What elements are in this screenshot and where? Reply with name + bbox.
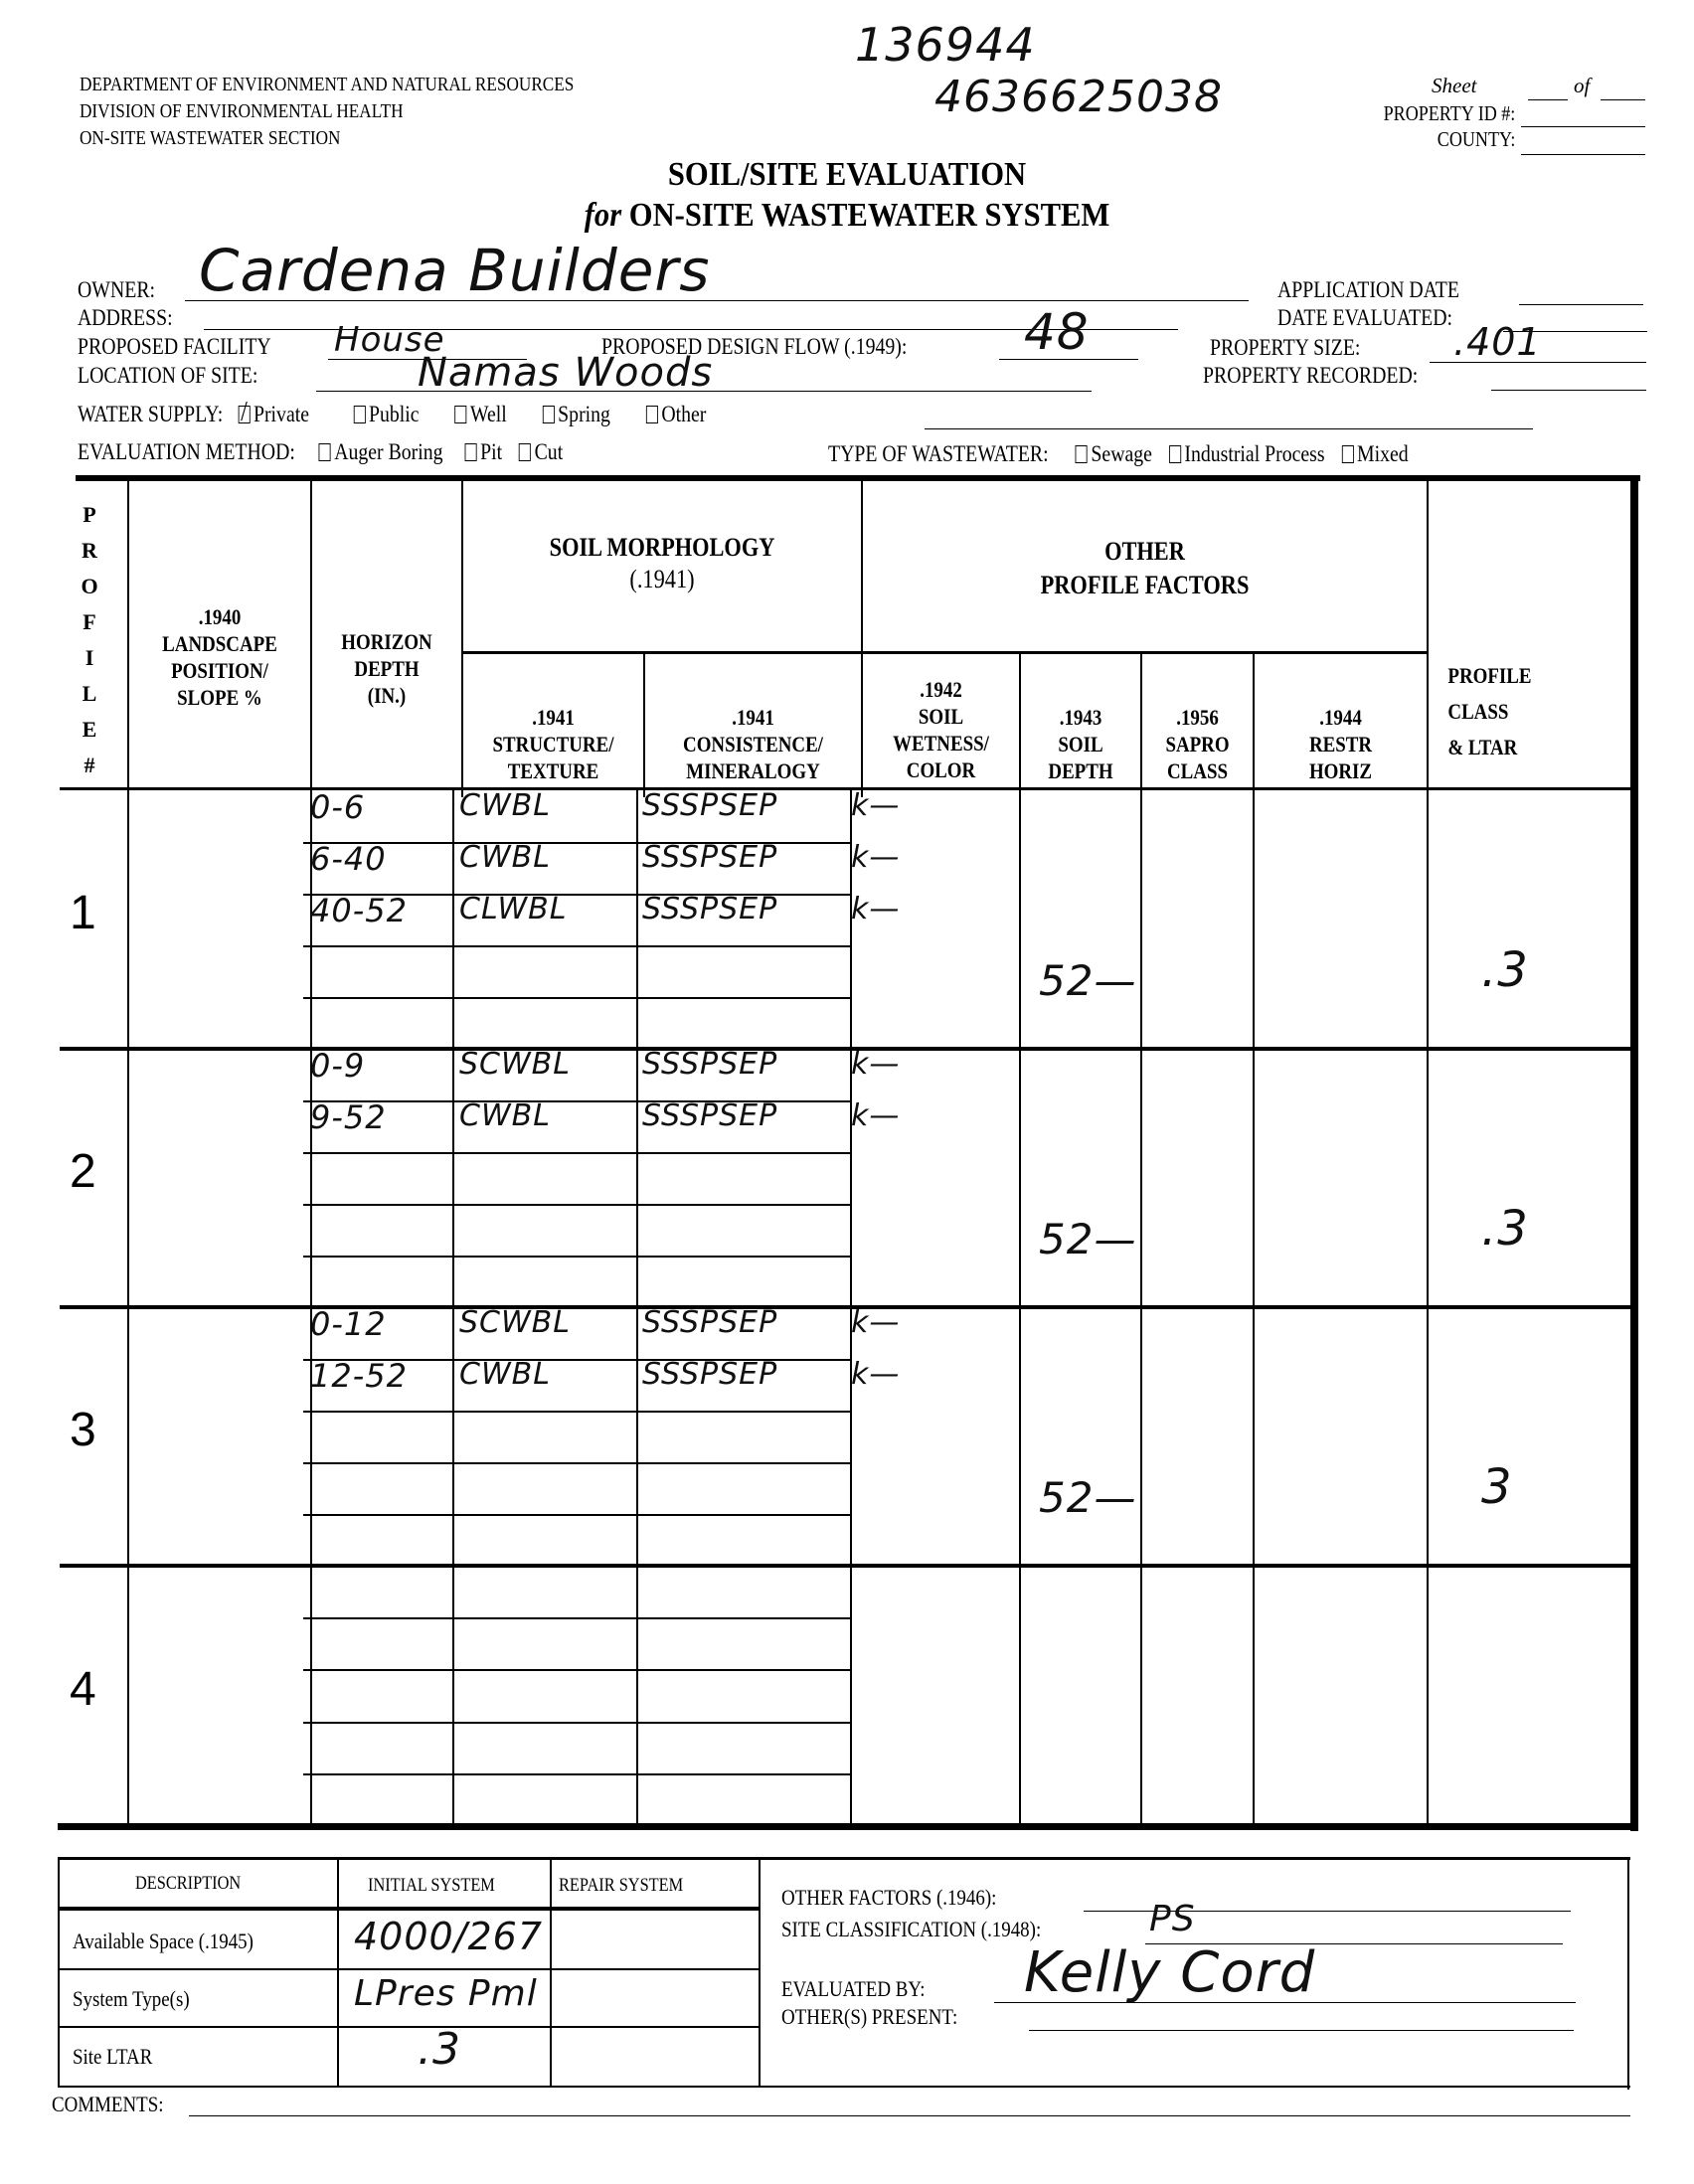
system-type-label: System Type(s) <box>73 1986 190 2012</box>
checkbox[interactable] <box>543 406 555 423</box>
system-type-initial-field[interactable]: LPres Pml <box>354 1973 538 2014</box>
checkbox[interactable] <box>354 406 366 423</box>
structure-cell[interactable]: SCWBL <box>459 1305 571 1340</box>
other-factors-label: OTHER FACTORS (.1946): <box>781 1885 996 1911</box>
checkbox[interactable] <box>1169 445 1181 463</box>
wetness-cell[interactable]: k— <box>851 1047 900 1082</box>
agency-line: DIVISION OF ENVIRONMENTAL HEALTH <box>80 98 574 125</box>
profile-number: 4 <box>70 1662 96 1717</box>
col-line <box>1253 651 1255 1824</box>
wastewater-type-row: TYPE OF WASTEWATER: Sewage Industrial Pr… <box>828 441 1409 467</box>
county-field[interactable] <box>1521 154 1645 155</box>
method-cut-option[interactable]: Cut <box>519 439 563 464</box>
available-space-initial-field[interactable]: 4000/267 <box>354 1915 543 1958</box>
consistence-cell[interactable]: SSSPSEP <box>642 1047 777 1082</box>
horizon-depth-cell[interactable]: 9-52 <box>310 1098 387 1136</box>
col-line <box>861 479 863 797</box>
profile-class-cell[interactable]: .3 <box>1481 1201 1529 1257</box>
soil-depth-cell[interactable]: 52— <box>1039 1215 1136 1263</box>
wastewater-industrial-option[interactable]: Industrial Process <box>1169 441 1325 466</box>
structure-cell[interactable]: CLWBL <box>459 892 567 926</box>
soil-depth-header: .1943SOILDEPTH <box>1029 704 1131 784</box>
date-evaluated-label: DATE EVALUATED: <box>1277 305 1452 331</box>
property-id-field[interactable] <box>1521 126 1645 127</box>
summary-header-repair: REPAIR SYSTEM <box>559 1875 683 1897</box>
structure-cell[interactable]: CWBL <box>459 1357 551 1392</box>
wetness-cell[interactable]: k— <box>851 840 900 875</box>
horizon-depth-cell[interactable]: 12-52 <box>310 1357 408 1395</box>
horizon-depth-cell[interactable]: 0-9 <box>310 1047 365 1085</box>
summary-header-initial: INITIAL SYSTEM <box>368 1875 495 1897</box>
water-other-field[interactable] <box>925 428 1533 429</box>
for-word: for <box>585 197 621 234</box>
water-private-option[interactable]: /Private <box>238 402 309 426</box>
property-recorded-label: PROPERTY RECORDED: <box>1203 363 1418 389</box>
evaluation-method-label: EVALUATION METHOD: <box>78 439 295 464</box>
header-bottom-border <box>60 787 1635 790</box>
wetness-cell[interactable]: k— <box>851 892 900 926</box>
site-ltar-label: Site LTAR <box>73 2044 152 2070</box>
agency-line: DEPARTMENT OF ENVIRONMENT AND NATURAL RE… <box>80 72 574 98</box>
landscape-header: .1940LANDSCAPEPOSITION/SLOPE % <box>142 603 298 711</box>
subheader-divider <box>461 651 1428 654</box>
structure-texture-header: .1941STRUCTURE/TEXTURE <box>476 704 631 784</box>
evaluation-method-row: EVALUATION METHOD: Auger Boring Pit Cut <box>78 439 563 465</box>
property-recorded-field[interactable] <box>1491 390 1646 391</box>
col-line <box>127 479 129 1826</box>
method-pit-option[interactable]: Pit <box>465 439 502 464</box>
wetness-cell[interactable]: k— <box>851 788 900 823</box>
profile-class-cell[interactable]: .3 <box>1481 942 1529 998</box>
location-label: LOCATION OF SITE: <box>78 363 257 389</box>
soil-depth-cell[interactable]: 52— <box>1039 1473 1136 1522</box>
subtitle-text: ON-SITE WASTEWATER SYSTEM <box>629 197 1110 234</box>
table-bottom-border <box>58 1823 1638 1830</box>
col-line <box>1019 651 1021 1824</box>
col-line <box>1140 651 1142 1824</box>
proposed-facility-label: PROPOSED FACILITY <box>78 334 271 360</box>
wetness-cell[interactable]: k— <box>851 1357 900 1392</box>
profile-number: 3 <box>70 1403 96 1457</box>
evaluated-by-label: EVALUATED BY: <box>781 1976 926 2002</box>
col-line <box>643 651 645 797</box>
form-title: SOIL/SITE EVALUATION <box>85 156 1609 194</box>
restr-horiz-header: .1944RESTRHORIZ <box>1267 704 1415 784</box>
agency-block: DEPARTMENT OF ENVIRONMENT AND NATURAL RE… <box>80 72 574 152</box>
available-space-repair-field[interactable] <box>557 1914 756 1965</box>
checkbox[interactable] <box>454 406 466 423</box>
location-field[interactable]: Namas Woods <box>418 350 713 396</box>
design-flow-field[interactable]: 48 <box>1024 303 1090 361</box>
profile-number: 2 <box>70 1144 96 1199</box>
summary-header-description: DESCRIPTION <box>135 1873 241 1895</box>
wastewater-type-label: TYPE OF WASTEWATER: <box>828 441 1049 466</box>
structure-cell[interactable]: CWBL <box>459 788 551 823</box>
checkbox[interactable] <box>1342 445 1354 463</box>
comments-label: COMMENTS: <box>52 2092 163 2117</box>
agency-line: ON-SITE WASTEWATER SECTION <box>80 125 574 152</box>
consistence-cell[interactable]: SSSPSEP <box>642 1098 777 1133</box>
sheet-number-field[interactable] <box>1528 99 1568 100</box>
col-line <box>461 479 463 797</box>
soil-morphology-header: SOIL MORPHOLOGY(.1941) <box>491 532 833 595</box>
system-type-repair-field[interactable] <box>557 1972 756 2024</box>
owner-field[interactable]: Cardena Builders <box>199 237 710 304</box>
col-line <box>1427 479 1429 1826</box>
horizon-depth-header: HORIZONDEPTH(IN.) <box>323 628 451 709</box>
county-label: COUNTY: <box>1437 127 1515 152</box>
horizon-depth-cell[interactable]: 0-6 <box>310 788 365 826</box>
checkbox[interactable] <box>519 443 531 461</box>
checkbox[interactable] <box>319 443 331 461</box>
consistence-cell[interactable]: SSSPSEP <box>642 788 777 823</box>
structure-cell[interactable]: SCWBL <box>459 1047 571 1082</box>
water-public-option[interactable]: Public <box>354 402 420 426</box>
evaluated-by-signature[interactable]: Kelly Cord <box>1024 1940 1315 2005</box>
others-present-label: OTHER(S) PRESENT: <box>781 2004 957 2030</box>
wastewater-sewage-option[interactable]: Sewage <box>1076 441 1152 466</box>
application-date-field[interactable] <box>1519 304 1643 305</box>
table-right-border <box>1630 479 1638 1831</box>
consistence-cell[interactable]: SSSPSEP <box>642 840 777 875</box>
water-supply-row: WATER SUPPLY: /Private Public Well Sprin… <box>78 402 706 427</box>
site-classification-field[interactable]: PS <box>1149 1899 1196 1939</box>
water-other-option[interactable]: Other <box>646 402 707 426</box>
handwritten-id-1: 136944 <box>855 18 1036 72</box>
comments-field[interactable] <box>189 2115 1630 2116</box>
method-auger-option[interactable]: Auger Boring <box>319 439 443 464</box>
sheet-label: Sheet <box>1432 74 1476 98</box>
wetness-cell[interactable]: k— <box>851 1098 900 1133</box>
owner-label: OWNER: <box>78 277 155 303</box>
site-ltar-initial-field[interactable]: .3 <box>418 2024 461 2075</box>
sapro-class-header: .1956SAPROCLASS <box>1150 704 1245 784</box>
profile-number: 1 <box>70 886 96 940</box>
profile-class-header: PROFILECLASS& LTAR <box>1447 658 1550 765</box>
address-label: ADDRESS: <box>78 305 173 331</box>
consistence-header: .1941CONSISTENCE/MINERALOGY <box>660 704 846 784</box>
horizon-depth-cell[interactable]: 6-40 <box>310 840 387 878</box>
checkbox[interactable]: / <box>238 406 250 423</box>
wetness-cell[interactable]: k— <box>851 1305 900 1340</box>
checkbox[interactable] <box>646 406 658 423</box>
soil-wetness-header: .1942SOILWETNESS/COLOR <box>874 676 1008 783</box>
profile-number-header: PRO FIL E# <box>80 497 99 783</box>
others-present-field[interactable] <box>1029 2030 1574 2031</box>
other-profile-factors-header: OTHERPROFILE FACTORS <box>903 535 1388 602</box>
wastewater-mixed-option[interactable]: Mixed <box>1342 441 1409 466</box>
property-size-label: PROPERTY SIZE: <box>1210 335 1360 361</box>
checkbox[interactable] <box>465 443 477 461</box>
form-subtitle: for ON-SITE WASTEWATER SYSTEM <box>85 197 1609 235</box>
property-size-field[interactable]: .401 <box>1453 320 1542 364</box>
checkbox[interactable] <box>1076 445 1088 463</box>
handwritten-id-2: 4636625038 <box>934 72 1223 122</box>
consistence-cell[interactable]: SSSPSEP <box>642 892 777 926</box>
consistence-cell[interactable]: SSSPSEP <box>642 1357 777 1392</box>
profile-class-cell[interactable]: 3 <box>1481 1459 1513 1515</box>
horizon-depth-cell[interactable]: 40-52 <box>310 892 408 929</box>
structure-cell[interactable]: CWBL <box>459 840 551 875</box>
water-supply-label: WATER SUPPLY: <box>78 402 223 426</box>
horizon-depth-cell[interactable]: 0-12 <box>310 1305 387 1343</box>
site-ltar-repair-field[interactable] <box>557 2030 756 2082</box>
water-well-option[interactable]: Well <box>454 402 506 426</box>
application-date-label: APPLICATION DATE <box>1277 277 1459 303</box>
sheet-total-field[interactable] <box>1601 99 1645 100</box>
water-spring-option[interactable]: Spring <box>543 402 610 426</box>
consistence-cell[interactable]: SSSPSEP <box>642 1305 777 1340</box>
of-label: of <box>1574 74 1590 98</box>
available-space-label: Available Space (.1945) <box>73 1929 254 1954</box>
site-classification-label: SITE CLASSIFICATION (.1948): <box>781 1917 1041 1942</box>
property-id-label: PROPERTY ID #: <box>1383 101 1515 126</box>
soil-depth-cell[interactable]: 52— <box>1039 956 1136 1005</box>
structure-cell[interactable]: CWBL <box>459 1098 551 1133</box>
